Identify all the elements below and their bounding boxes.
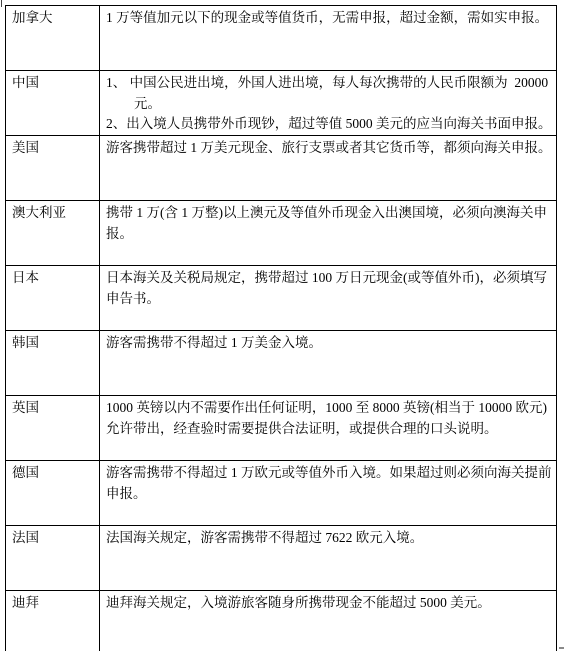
scan-artifact-top-left: [1, 0, 2, 7]
rule-line: 游客需携带不得超过 1 万欧元或等值外币入境。如果超过则必须向海关提前: [106, 463, 553, 484]
rule-line: 日本海关及关税局规定，携带超过 100 万日元现金(或等值外币)，必须填写: [106, 268, 553, 289]
country-cell: 英国: [6, 396, 100, 461]
rule-line: 游客携带超过 1 万美元现金、旅行支票或者其它货币等，都须向海关申报。: [106, 138, 553, 159]
country-cell: 迪拜: [6, 591, 100, 651]
rule-cell: 携带 1 万(含 1 万整)以上澳元及等值外币现金入出澳国境，必须向澳海关申报。: [100, 201, 557, 266]
rule-cell: 迪拜海关规定，入境游旅客随身所携带现金不能超过 5000 美元。: [100, 591, 557, 651]
table-row: 美国游客携带超过 1 万美元现金、旅行支票或者其它货币等，都须向海关申报。: [6, 136, 557, 201]
rule-line: 游客需携带不得超过 1 万美金入境。: [106, 333, 553, 354]
rule-line: 元。: [134, 94, 553, 115]
table-row: 日本日本海关及关税局规定，携带超过 100 万日元现金(或等值外币)，必须填写申…: [6, 266, 557, 331]
rule-line: 迪拜海关规定，入境游旅客随身所携带现金不能超过 5000 美元。: [106, 593, 553, 614]
rule-line: 2、出入境人员携带外币现钞，超过等值 5000 美元的应当向海关书面申报。: [106, 114, 553, 135]
table-row: 韩国游客需携带不得超过 1 万美金入境。: [6, 331, 557, 396]
rule-line: 1000 英镑以内不需要作出任何证明，1000 至 8000 英镑(相当于 10…: [106, 398, 553, 419]
rule-line: 携带 1 万(含 1 万整)以上澳元及等值外币现金入出澳国境，必须向澳海关申: [106, 203, 553, 224]
table-row: 加拿大1 万等值加元以下的现金或等值货币，无需申报，超过金额，需如实申报。: [6, 6, 557, 71]
country-cell: 韩国: [6, 331, 100, 396]
table-row: 法国法国海关规定，游客需携带不得超过 7622 欧元入境。: [6, 526, 557, 591]
document-page: 加拿大1 万等值加元以下的现金或等值货币，无需申报，超过金额，需如实申报。中国1…: [0, 0, 564, 651]
table-row: 澳大利亚携带 1 万(含 1 万整)以上澳元及等值外币现金入出澳国境，必须向澳海…: [6, 201, 557, 266]
rule-cell: 游客需携带不得超过 1 万欧元或等值外币入境。如果超过则必须向海关提前申报。: [100, 461, 557, 526]
country-cell: 加拿大: [6, 6, 100, 71]
rule-line: 允许带出，经查验时需要提供合法证明，或提供合理的口头说明。: [106, 419, 553, 440]
country-cell: 澳大利亚: [6, 201, 100, 266]
country-cell: 中国: [6, 71, 100, 136]
scan-artifact-bottom-right: [559, 647, 564, 649]
customs-currency-table: 加拿大1 万等值加元以下的现金或等值货币，无需申报，超过金额，需如实申报。中国1…: [5, 5, 557, 651]
rule-line: 1 万等值加元以下的现金或等值货币，无需申报，超过金额，需如实申报。: [106, 8, 553, 29]
table-row: 中国1、 中国公民进出境，外国人进出境，每人每次携带的人民币限额为 20000元…: [6, 71, 557, 136]
rule-line: 申告书。: [106, 289, 553, 310]
country-cell: 德国: [6, 461, 100, 526]
rule-line: 法国海关规定，游客需携带不得超过 7622 欧元入境。: [106, 528, 553, 549]
rule-cell: 日本海关及关税局规定，携带超过 100 万日元现金(或等值外币)，必须填写申告书…: [100, 266, 557, 331]
table-body: 加拿大1 万等值加元以下的现金或等值货币，无需申报，超过金额，需如实申报。中国1…: [6, 6, 557, 651]
rule-cell: 法国海关规定，游客需携带不得超过 7622 欧元入境。: [100, 526, 557, 591]
country-cell: 法国: [6, 526, 100, 591]
table-row: 迪拜迪拜海关规定，入境游旅客随身所携带现金不能超过 5000 美元。: [6, 591, 557, 651]
rule-cell: 游客需携带不得超过 1 万美金入境。: [100, 331, 557, 396]
rule-cell: 1、 中国公民进出境，外国人进出境，每人每次携带的人民币限额为 20000元。2…: [100, 71, 557, 136]
rule-cell: 1000 英镑以内不需要作出任何证明，1000 至 8000 英镑(相当于 10…: [100, 396, 557, 461]
rule-cell: 1 万等值加元以下的现金或等值货币，无需申报，超过金额，需如实申报。: [100, 6, 557, 71]
table-row: 英国1000 英镑以内不需要作出任何证明，1000 至 8000 英镑(相当于 …: [6, 396, 557, 461]
rule-line: 1、 中国公民进出境，外国人进出境，每人每次携带的人民币限额为 20000: [106, 73, 553, 94]
country-cell: 美国: [6, 136, 100, 201]
table-row: 德国游客需携带不得超过 1 万欧元或等值外币入境。如果超过则必须向海关提前申报。: [6, 461, 557, 526]
country-cell: 日本: [6, 266, 100, 331]
rule-line: 申报。: [106, 484, 553, 505]
rule-cell: 游客携带超过 1 万美元现金、旅行支票或者其它货币等，都须向海关申报。: [100, 136, 557, 201]
rule-line: 报。: [106, 224, 553, 245]
